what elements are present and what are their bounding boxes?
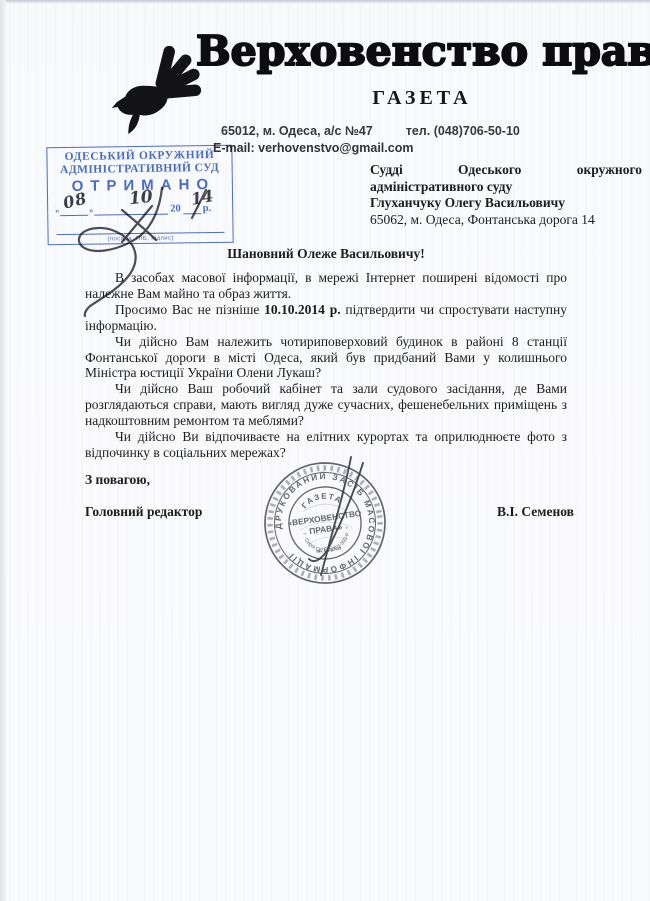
salutation: Шановний Олеже Васильовичу! bbox=[85, 246, 567, 262]
recipient-line4: 65062, м. Одеса, Фонтанська дорога 14 bbox=[370, 212, 642, 229]
closing-role: Головний редактор bbox=[85, 504, 202, 520]
letterhead-address: 65012, м. Одеса, а/с №47 bbox=[221, 124, 373, 138]
scanned-letter-page: Верховенство права ГАЗЕТА 65012, м. Одес… bbox=[0, 0, 650, 901]
scan-edge-top bbox=[0, 0, 650, 4]
paragraph-2-before: Просимо Вас не пізніше bbox=[115, 302, 264, 317]
recipient-block: Судді Одеського окружного адміністративн… bbox=[370, 162, 642, 228]
paragraph-5: Чи дійсно Ви відпочиваєте на елітних кур… bbox=[85, 429, 567, 461]
paragraph-3: Чи дійсно Вам належить чотириповерховий … bbox=[85, 334, 567, 382]
recipient-line3: Глуханчуку Олегу Васильовичу bbox=[370, 195, 642, 212]
dove-hand-logo bbox=[110, 31, 206, 137]
paragraph-2-deadline: 10.10.2014 р. bbox=[264, 302, 340, 317]
scan-edge-left bbox=[0, 0, 7, 901]
letter-body: В засобах масової інформації, в мережі І… bbox=[85, 270, 567, 461]
paragraph-4: Чи дійсно Ваш робочий кабінет та зали су… bbox=[85, 381, 567, 429]
newspaper-round-seal: ДРУКОВАНИЙ ЗАСІБ МАСОВОЇ ІНФОРМАЦІЇ ГАЗЕ… bbox=[261, 459, 389, 587]
closing-signer-name: В.І. Семенов bbox=[497, 504, 574, 520]
closing-regards: З повагою, bbox=[85, 472, 150, 488]
letterhead-email: E-mail: verhovenstvo@gmail.com bbox=[213, 141, 513, 155]
stamp-court-line2: АДМІНІСТРАТИВНИЙ СУД bbox=[48, 162, 232, 177]
paragraph-2: Просимо Вас не пізніше 10.10.2014 р. під… bbox=[85, 302, 567, 334]
newspaper-title: Верховенство права bbox=[196, 29, 648, 74]
letterhead-phone: тел. (048)706-50-10 bbox=[406, 124, 520, 138]
letterhead-contact-row: 65012, м. Одеса, а/с №47тел. (048)706-50… bbox=[221, 124, 641, 138]
paragraph-1: В засобах масової інформації, в мережі І… bbox=[85, 270, 567, 302]
recipient-line2: адміністративного суду bbox=[370, 179, 642, 196]
recipient-line1: Судді Одеського окружного bbox=[370, 162, 642, 179]
newspaper-subtitle: ГАЗЕТА bbox=[196, 87, 648, 110]
